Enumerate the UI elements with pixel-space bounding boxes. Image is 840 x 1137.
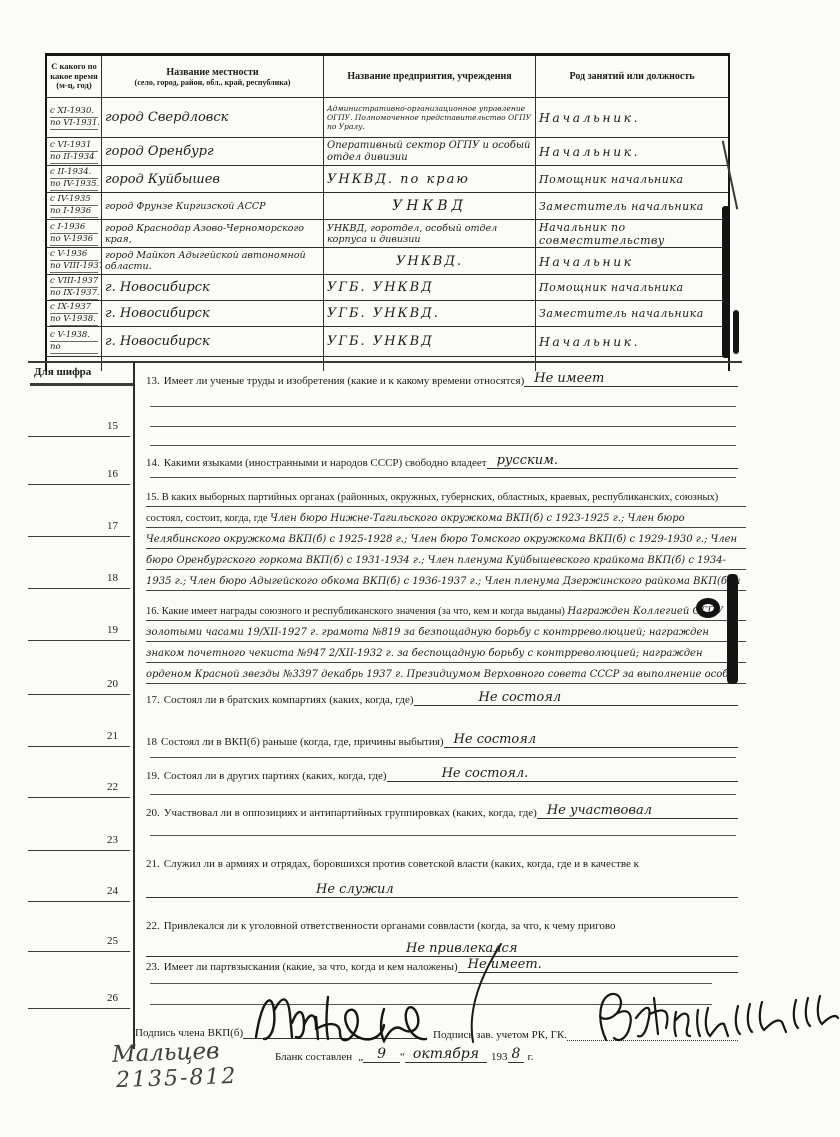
institution-cell: УНКВД. [324, 248, 536, 274]
margin-number: 25 [28, 935, 130, 952]
institution-cell: УНКВД. по краю [324, 166, 536, 192]
header-place: Название местности (село, город, район, … [102, 56, 324, 97]
question-17: 17. Состоял ли в братских компартиях (ка… [146, 690, 738, 706]
question-number: 16. [146, 606, 159, 617]
place-cell: г. Новосибирск [102, 327, 324, 356]
margin-number: 24 [28, 885, 130, 902]
cipher-label-underline [30, 383, 133, 386]
answer-handwritten: Не служил [306, 882, 404, 898]
period-to: по [50, 342, 98, 354]
ruled-line [150, 406, 736, 407]
period-to: по V-1938. [50, 314, 98, 326]
question-text: Служил ли в армиях и отрядах, боровшихся… [164, 858, 639, 870]
place-cell: город Куйбышев [102, 166, 324, 192]
ruled-fill [546, 747, 738, 748]
margin-number: 18 [28, 572, 130, 589]
period-from: с V-1938. [50, 330, 98, 342]
scan-artifact [722, 206, 730, 358]
ruled-fill [146, 897, 306, 898]
pencil-number-note: 2135-812 [116, 1064, 238, 1093]
question-number: 18 [146, 736, 157, 748]
ruled-line [150, 426, 736, 427]
period-cell: с V-1936 по VIII-1937. [47, 248, 102, 274]
margin-number: 21 [28, 730, 130, 747]
period-from: с IV-1935 [50, 194, 98, 206]
question-number: 20. [146, 807, 160, 819]
question-number: 21. [146, 858, 160, 870]
table-header-row: С какого по какое время (м-ц, год) Назва… [47, 56, 728, 98]
answer-handwritten: Не состоял [469, 690, 572, 706]
question-number: 19. [146, 770, 160, 782]
question-16: 16. Какие имеет награды союзного и респу… [146, 601, 746, 689]
occupation-cell: Заместитель начальника [536, 301, 728, 326]
period-from: с V-1936 [50, 249, 98, 261]
question-text: Состоял ли в других партиях (каких, когд… [164, 770, 387, 782]
header-occupation: Род занятий или должность [536, 56, 728, 97]
period-from: с VI-1931 [50, 140, 98, 152]
margin-number: 22 [28, 781, 130, 798]
occupation-cell: Помощник начальника [536, 166, 728, 192]
place-cell: город Краснодар Азово-Черноморского края… [102, 220, 324, 247]
place-cell: город Оренбург [102, 138, 324, 165]
ruled-fill [571, 705, 738, 706]
ruled-line [150, 794, 736, 795]
header-institution: Название предприятия, учреждения [324, 56, 536, 97]
question-text: Какими языками (иностранными и народов С… [164, 457, 487, 469]
question-14: 14. Какими языками (иностранными и народ… [146, 453, 738, 469]
period-cell: с VIII-1937 по IX-1937. [47, 275, 102, 300]
institution-cell: УНКВД [324, 193, 536, 219]
header-place-title: Название местности [166, 67, 258, 78]
table-row: с IX-1937 по V-1938. г. Новосибирск УГБ.… [47, 301, 728, 327]
place-cell: г. Новосибирск [102, 301, 324, 326]
institution-cell: УНКВД, горотдел, особый отдел корпуса и … [324, 220, 536, 247]
ruled-fill [662, 818, 738, 819]
form-date-day: 9 [363, 1046, 400, 1063]
question-21-answer-line: Не служил [146, 882, 738, 898]
ruled-fill [614, 386, 738, 387]
period-from: с VIII-1937 [50, 276, 98, 288]
period-cell: с VI-1931 по II-1934 [47, 138, 102, 165]
question-text: Состоял ли в братских компартиях (каких,… [164, 694, 414, 706]
institution-cell: УГБ. УНКВД. [324, 301, 536, 326]
service-history-table: С какого по какое время (м-ц, год) Назва… [45, 53, 730, 371]
ruled-fill [552, 972, 738, 973]
question-text: Участвовал ли в оппозициях и антипартийн… [164, 807, 537, 819]
ruled-line [150, 835, 736, 836]
occupation-cell: Начальник по совместительству [536, 220, 728, 247]
ruled-fill [404, 897, 738, 898]
period-from: с IX-1937 [50, 302, 98, 314]
question-text: Привлекался ли к уголовной ответственнос… [164, 920, 616, 932]
answer-handwritten: Награжден Коллегией ОГПУ золотыми часами… [146, 606, 734, 689]
ruled-fill [568, 468, 738, 469]
scan-artifact [727, 574, 738, 684]
table-row: с II-1934. по IV-1935. город Куйбышев УН… [47, 166, 728, 193]
period-to: по V-1936 [50, 234, 98, 246]
question-22-answer-line: Не привлекался [146, 941, 738, 957]
table-row: с IV-1935 по I-1936 город Фрунзе Киргизс… [47, 193, 728, 220]
empty-cell [102, 357, 324, 371]
occupation-cell: Начальник [536, 248, 728, 274]
registrar-signature [592, 990, 840, 1042]
table-row: с V-1938. по г. Новосибирск УГБ. УНКВД Н… [47, 327, 728, 357]
period-to: по VIII-1937. [50, 261, 98, 273]
table-row: с I-1936 по V-1936 город Краснодар Азово… [47, 220, 728, 248]
occupation-cell: Начальник. [536, 327, 728, 356]
cipher-column-label: Для шифра [34, 366, 91, 378]
margin-number: 16 [28, 468, 130, 485]
table-row: с V-1936 по VIII-1937. город Майкоп Адыг… [47, 248, 728, 275]
period-from: с I-1936 [50, 222, 98, 234]
member-signature [250, 985, 430, 1047]
form-date-month: октября [405, 1046, 487, 1063]
period-cell: с I-1936 по V-1936 [47, 220, 102, 247]
period-cell: с IX-1937 по V-1938. [47, 301, 102, 326]
period-from: с XI-1930. [50, 106, 98, 118]
pencil-name-note: Мальцев [112, 1038, 220, 1068]
period-cell: с XI-1930. по VI-1931. [47, 98, 102, 137]
answer-handwritten: Не состоял [444, 732, 547, 748]
form-date-block: Бланк составлен „ 9 “ октября 193 8 г. [275, 1046, 533, 1063]
ruled-fill [414, 705, 469, 706]
question-number: 13. [146, 375, 160, 387]
question-text: Состоял ли в ВКП(б) раньше (когда, где, … [161, 736, 444, 748]
margin-number: 26 [28, 992, 130, 1009]
question-13: 13. Имеет ли ученые труды и изобретения … [146, 371, 738, 387]
answer-handwritten: Член бюро Нижне-Тагильского окружкома ВК… [146, 513, 741, 597]
margin-divider [133, 361, 135, 1049]
institution-cell: Административно-организационное управлен… [324, 98, 536, 137]
place-cell: город Фрунзе Киргизской АССР [102, 193, 324, 219]
margin-number: 20 [28, 678, 130, 695]
period-cell: с IV-1935 по I-1936 [47, 193, 102, 219]
institution-cell: Оперативный сектор ОГПУ и особый отдел д… [324, 138, 536, 165]
margin-number: 17 [28, 520, 130, 537]
ruled-fill [387, 781, 432, 782]
margin-number: 15 [28, 420, 130, 437]
form-date-label: Бланк составлен [275, 1051, 352, 1063]
ruled-line [150, 445, 736, 446]
ruled-line [150, 983, 712, 984]
occupation-cell: Заместитель начальника [536, 193, 728, 219]
period-to: по II-1934 [50, 152, 98, 164]
question-text: Имеет ли ученые труды и изобретения (как… [164, 375, 525, 387]
member-signature-label: Подпись члена ВКП(б) [135, 1027, 243, 1039]
period-to: по I-1936 [50, 206, 98, 218]
question-number: 22. [146, 920, 160, 932]
ruled-line [150, 477, 736, 478]
place-cell: г. Новосибирск [102, 275, 324, 300]
form-date-year-digit: 8 [508, 1046, 525, 1063]
answer-handwritten: Не участвовал [537, 803, 662, 819]
table-row: с VIII-1937 по IX-1937. г. Новосибирск У… [47, 275, 728, 301]
occupation-cell: Начальник. [536, 98, 728, 137]
empty-cell [536, 357, 728, 371]
scan-artifact [696, 598, 720, 618]
signature-flourish-stroke [455, 942, 515, 1044]
answer-handwritten: русским. [487, 453, 568, 469]
section-divider [28, 361, 742, 363]
period-cell: с II-1934. по IV-1935. [47, 166, 102, 192]
question-number: 15. [146, 492, 159, 503]
question-text: Имеет ли партвзыскания (какие, за что, к… [164, 961, 458, 973]
header-period: С какого по какое время (м-ц, год) [47, 56, 102, 97]
ruled-fill [538, 781, 738, 782]
scan-artifact [733, 310, 739, 354]
question-20: 20. Участвовал ли в оппозициях и антипар… [146, 803, 738, 819]
question-number: 14. [146, 457, 160, 469]
form-date-year-suffix: г. [527, 1051, 533, 1063]
question-22: 22. Привлекался ли к уголовной ответстве… [146, 920, 838, 932]
question-23: 23. Имеет ли партвзыскания (какие, за чт… [146, 957, 738, 973]
period-to: по IV-1935. [50, 179, 98, 191]
institution-cell: УГБ. УНКВД [324, 327, 536, 356]
period-cell: с V-1938. по [47, 327, 102, 356]
header-place-sub: (село, город, район, обл., край, республ… [135, 78, 291, 87]
question-15: 15. В каких выборных партийных органах (… [146, 487, 746, 597]
answer-handwritten: Не имеет [524, 371, 614, 387]
occupation-cell: Помощник начальника [536, 275, 728, 300]
question-21: 21. Служил ли в армиях и отрядах, боровш… [146, 858, 838, 870]
scanned-form-page: С какого по какое время (м-ц, год) Назва… [0, 0, 840, 1137]
table-row: с VI-1931 по II-1934 город Оренбург Опер… [47, 138, 728, 166]
margin-number: 23 [28, 834, 130, 851]
margin-number: 19 [28, 624, 130, 641]
answer-handwritten: Не состоял. [432, 766, 539, 782]
form-date-year-printed: 193 [491, 1051, 508, 1063]
place-cell: город Майкоп Адыгейской автономной облас… [102, 248, 324, 274]
question-number: 17. [146, 694, 160, 706]
question-19: 19. Состоял ли в других партиях (каких, … [146, 766, 738, 782]
table-filler-row [47, 357, 728, 371]
question-text: Какие имеет награды союзного и республик… [162, 606, 565, 617]
empty-cell [324, 357, 536, 371]
ruled-line [150, 757, 736, 758]
period-to: по IX-1937. [50, 288, 98, 300]
question-18: 18 Состоял ли в ВКП(б) раньше (когда, гд… [146, 732, 738, 748]
period-to: по VI-1931. [50, 118, 98, 130]
place-cell: город Свердловск [102, 98, 324, 137]
table-row: с XI-1930. по VI-1931. город Свердловск … [47, 98, 728, 138]
institution-cell: УГБ. УНКВД [324, 275, 536, 300]
question-number: 23. [146, 961, 160, 973]
occupation-cell: Начальник. [536, 138, 728, 165]
period-from: с II-1934. [50, 167, 98, 179]
